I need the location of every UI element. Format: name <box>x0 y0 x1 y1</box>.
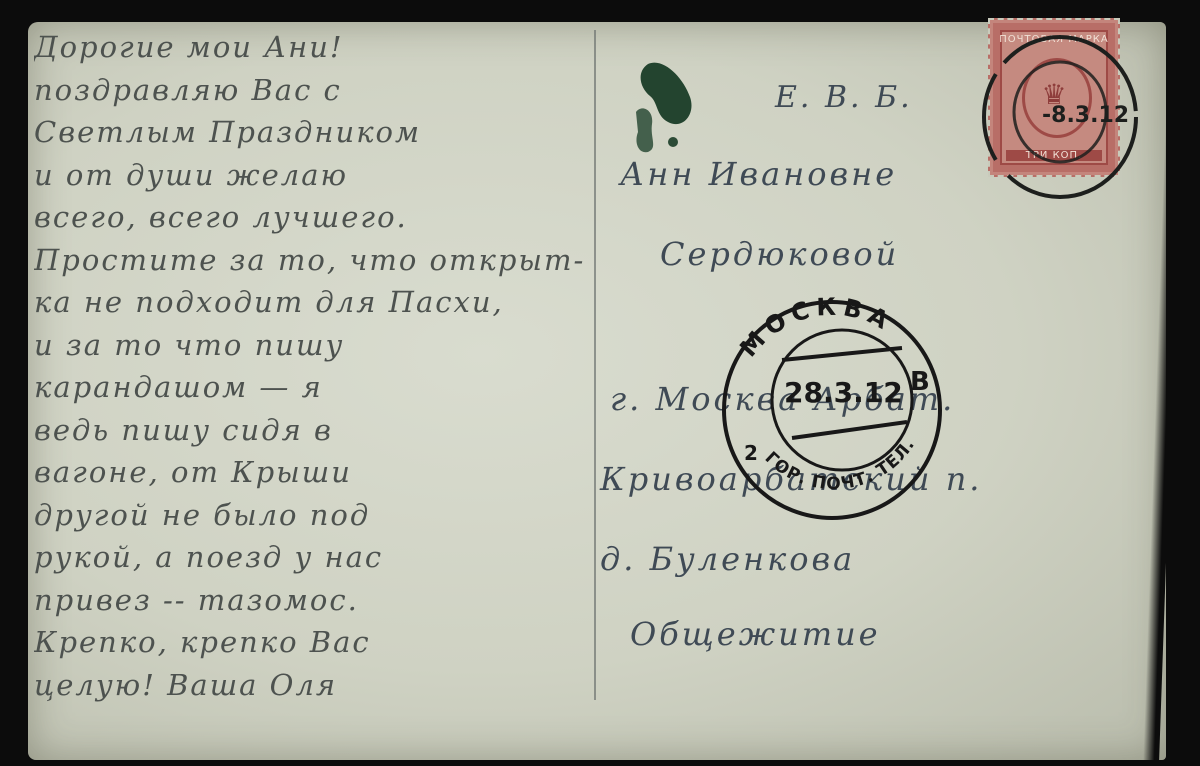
svg-text:В: В <box>910 367 930 397</box>
message-line: Простите за то, что открыт- <box>34 239 584 282</box>
message-line: Дорогие мои Ани! <box>34 26 584 69</box>
message-line: целую! Ваша Оля <box>34 664 584 707</box>
address-line: Сердюковой <box>660 235 899 273</box>
address-line: д. Буленкова <box>600 540 855 578</box>
message-line: вагоне, от Крыши <box>34 451 584 494</box>
stamp-cancellation-mark: -8.3.12 <box>960 12 1140 202</box>
message-line: всего, всего лучшего. <box>34 196 584 239</box>
message-line: Крепко, крепко Вас <box>34 621 584 664</box>
postcard-divider-line <box>594 30 596 700</box>
address-line: Е. В. Б. <box>775 80 913 115</box>
message-line: и за то что пишу <box>34 324 584 367</box>
ink-blot-icon <box>628 52 718 162</box>
postmark: МОСКВА В 2 28.3.12 ГОР. ПОЧТ. ТЕЛ. ОТД. <box>712 290 952 520</box>
message-line: и от души желаю <box>34 154 584 197</box>
svg-text:2: 2 <box>744 441 758 465</box>
svg-text:-8.3.12: -8.3.12 <box>1042 103 1129 128</box>
message-line: другой не было под <box>34 494 584 537</box>
message-line: рукой, а поезд у нас <box>34 536 584 579</box>
message-line: карандашом — я <box>34 366 584 409</box>
address-line: Анн Ивановне <box>620 155 897 193</box>
message-line: ведь пишу сидя в <box>34 409 584 452</box>
message-line: Светлым Праздником <box>34 111 584 154</box>
message-line: ка не подходит для Пасхи, <box>34 281 584 324</box>
address-line: Общежитие <box>630 615 881 653</box>
message-line: привез -- тазомос. <box>34 579 584 622</box>
message-line: поздравляю Вас с <box>34 69 584 112</box>
handwritten-message: Дорогие мои Ани!поздравляю Вас сСветлым … <box>34 26 584 706</box>
svg-text:28.3.12: 28.3.12 <box>784 376 903 409</box>
